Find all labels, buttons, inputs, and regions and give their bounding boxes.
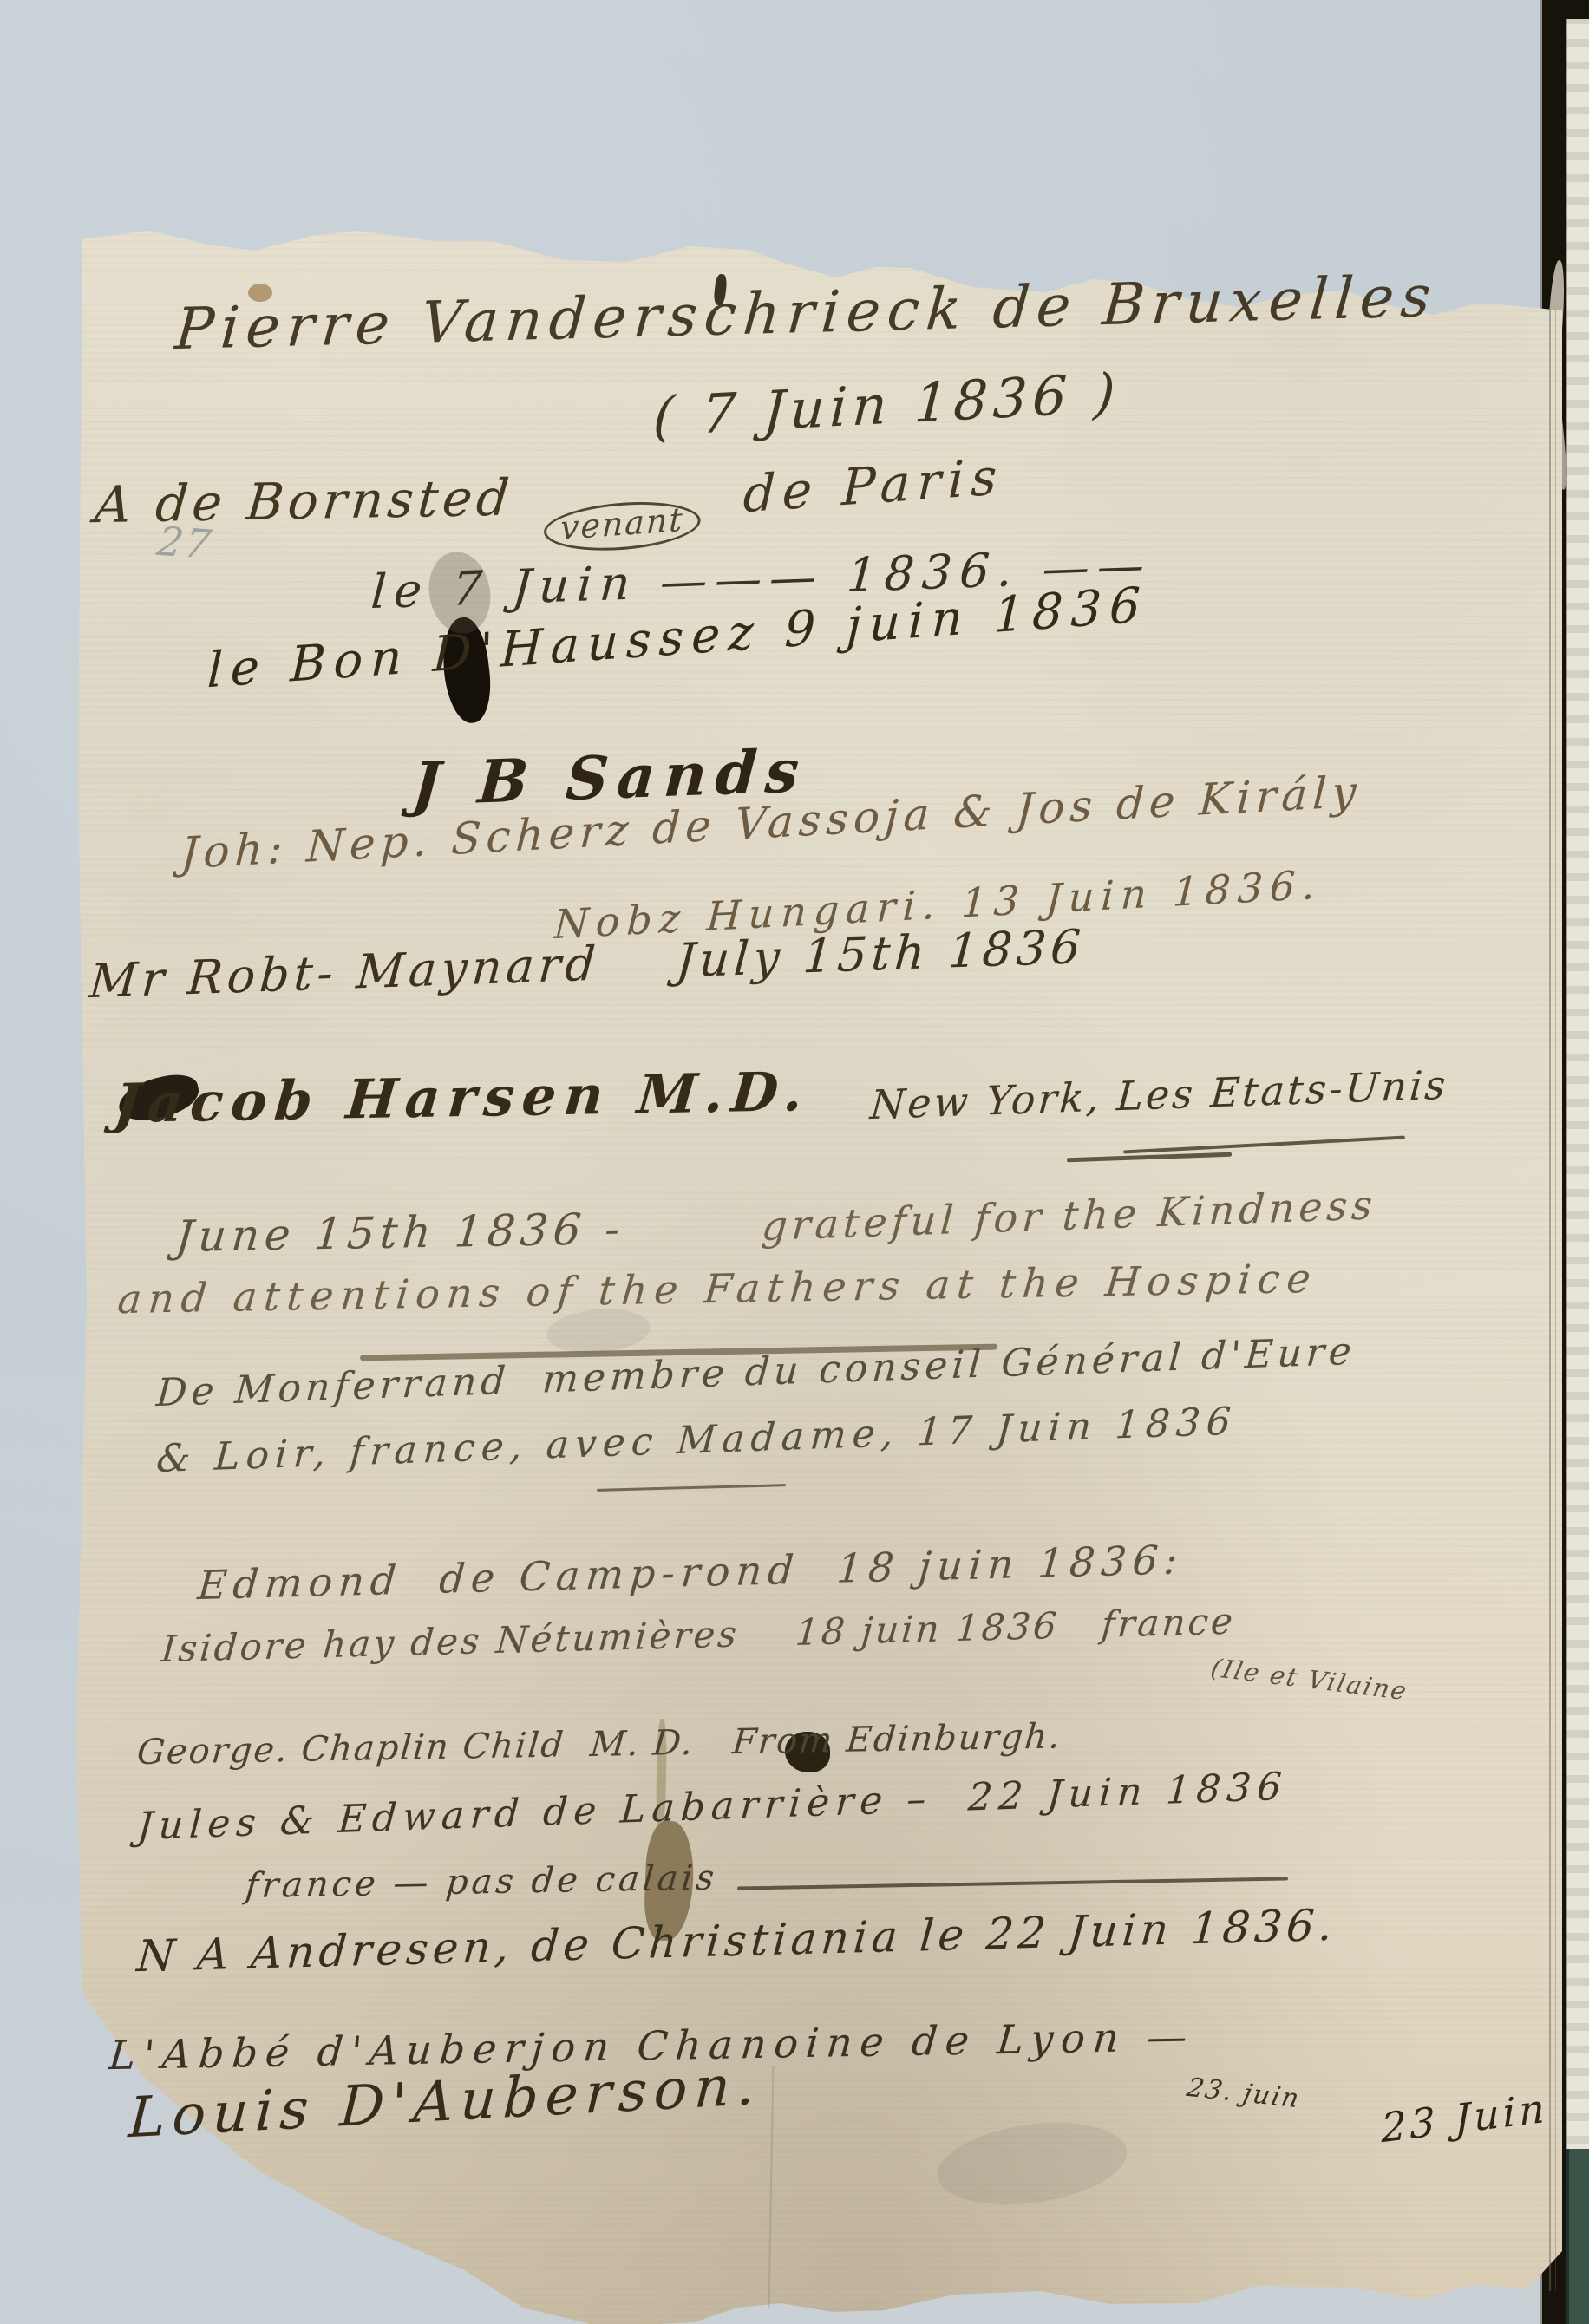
handwriting-entry-harsen: Jacob Harsen M.D. (112, 1063, 813, 1132)
scanned-register-page: 27Pierre Vanderschrieck de Bruxelles( 7 … (0, 0, 1589, 2324)
adjacent-page-edge (1566, 19, 1589, 2324)
handwriting-entry-harsen-date: June 15th 1836 - (173, 1206, 626, 1260)
handwriting-entry-labarriere-origin: france — pas de calais (244, 1860, 719, 1905)
bookmark-edge (1566, 2149, 1589, 2324)
handwriting-entry-bornsted: A de Bornsted (93, 472, 516, 532)
